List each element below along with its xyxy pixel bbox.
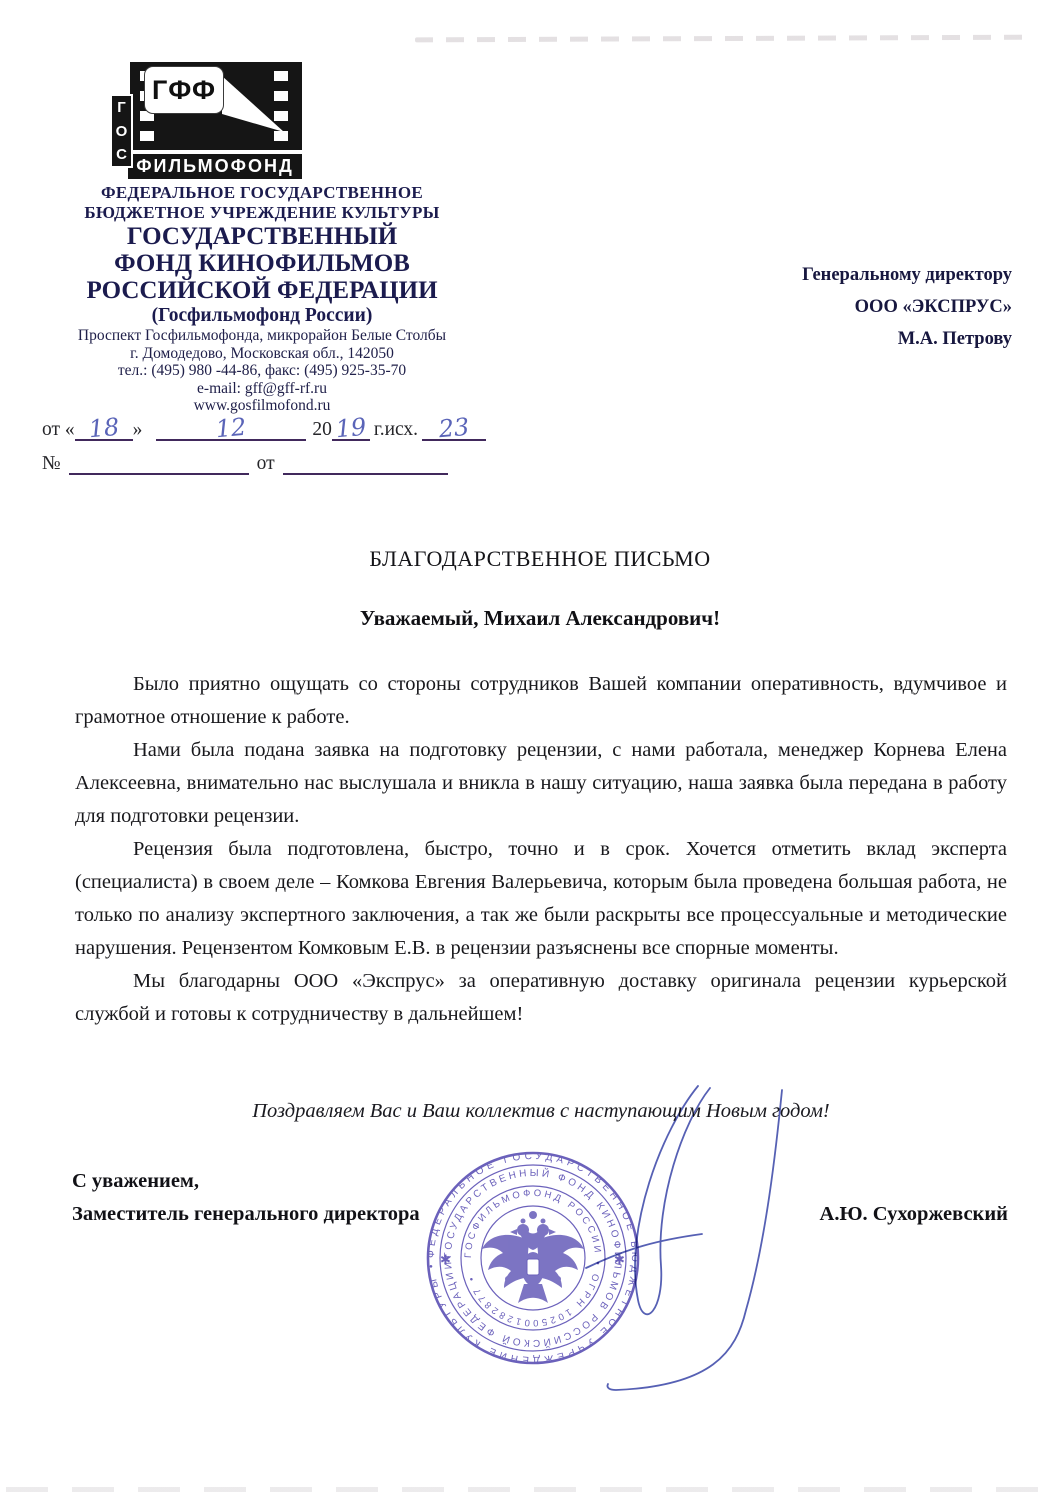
recipient-title: Генеральному директору	[700, 259, 1012, 291]
logo-band-text: ФИЛЬМОФОНД	[128, 152, 302, 179]
gosfilmofond-logo: ГФФ Г О С ФИЛЬМОФОНД	[110, 58, 310, 178]
date-day-blank: 18	[75, 415, 133, 441]
address-line: г. Домодедово, Московская обл., 142050	[38, 345, 486, 363]
closing-regards: С уважением,	[72, 1170, 199, 1193]
logo-acronym: ГФФ	[144, 66, 224, 114]
letter-title: БЛАГОДАРСТВЕННОЕ ПИСЬМО	[75, 546, 1005, 572]
number-blank	[69, 449, 249, 475]
org-name-line: РОССИЙСКОЙ ФЕДЕРАЦИИ	[38, 277, 486, 304]
phone-line: тел.: (495) 980 -44-86, факс: (495) 925-…	[38, 362, 486, 380]
date-month-blank: 12	[156, 415, 306, 441]
org-name-line: ГОСУДАРСТВЕННЫЙ	[38, 223, 486, 250]
org-type-line: БЮДЖЕТНОЕ УЧРЕЖДЕНИЕ КУЛЬТУРЫ	[38, 203, 486, 223]
scan-artifact-bottom	[6, 1487, 1052, 1492]
number-row: № от	[42, 448, 532, 475]
letter-body: Было приятно ощущать со стороны сотрудни…	[75, 668, 1007, 1031]
paragraph: Было приятно ощущать со стороны сотрудни…	[75, 668, 1007, 734]
paragraph: Рецензия была подготовлена, быстро, точн…	[75, 833, 1007, 965]
outgoing-label: г.исх.	[374, 419, 418, 441]
date-row: от « 18 » 12 20 19 г.исх. 23	[42, 414, 532, 441]
outgoing-number-blank: 23	[422, 415, 486, 441]
logo-letter: С	[116, 147, 127, 162]
org-name-line: ФОНД КИНОФИЛЬМОВ	[38, 250, 486, 277]
projector-beam-shape	[220, 70, 290, 140]
recipient-person: М.А. Петрову	[700, 323, 1012, 355]
second-from-label: от	[257, 453, 275, 475]
address-line: Проспект Госфильмофонда, микрорайон Белы…	[38, 327, 486, 345]
handwritten-outgoing-number: 23	[421, 411, 487, 444]
org-type-line: ФЕДЕРАЛЬНОЕ ГОСУДАРСТВЕННОЕ	[38, 183, 486, 203]
handwritten-month: 12	[155, 408, 307, 449]
logo-letter: О	[116, 124, 128, 139]
recipient-company: ООО «ЭКСПРУС»	[700, 291, 1012, 323]
second-date-blank	[283, 449, 448, 475]
paragraph: Мы благодарны ООО «Экспрус» за оперативн…	[75, 965, 1007, 1031]
paragraph: Нами была подана заявка на подготовку ре…	[75, 734, 1007, 833]
scanned-letter-page: ГФФ Г О С ФИЛЬМОФОНД ФЕДЕРАЛЬНОЕ ГОСУДАР…	[0, 0, 1058, 1497]
logo-vertical-gos: Г О С	[110, 94, 133, 168]
year-blank: 19	[332, 415, 370, 441]
signer-position: Заместитель генерального директора	[72, 1203, 420, 1226]
org-short-name: (Госфильмофонд России)	[38, 305, 486, 327]
handwritten-year: 19	[331, 412, 371, 443]
date-prefix-label: от «	[42, 419, 75, 441]
letterhead-block: ФЕДЕРАЛЬНОЕ ГОСУДАРСТВЕННОЕ БЮДЖЕТНОЕ УЧ…	[38, 183, 486, 415]
logo-letter: Г	[117, 100, 126, 115]
handwritten-signature	[380, 1058, 1020, 1418]
year-prefix-label: 20	[312, 419, 332, 441]
salutation: Уважаемый, Михаил Александрович!	[75, 606, 1005, 631]
scan-artifact-top	[415, 35, 1035, 43]
email-line: e-mail: gff@gff-rf.ru	[38, 380, 486, 398]
recipient-block: Генеральному директору ООО «ЭКСПРУС» М.А…	[700, 259, 1012, 355]
date-close-label: »	[133, 419, 143, 441]
reference-block: от « 18 » 12 20 19 г.исх. 23 №	[42, 414, 532, 475]
number-label: №	[42, 453, 61, 475]
handwritten-day: 18	[74, 412, 134, 445]
